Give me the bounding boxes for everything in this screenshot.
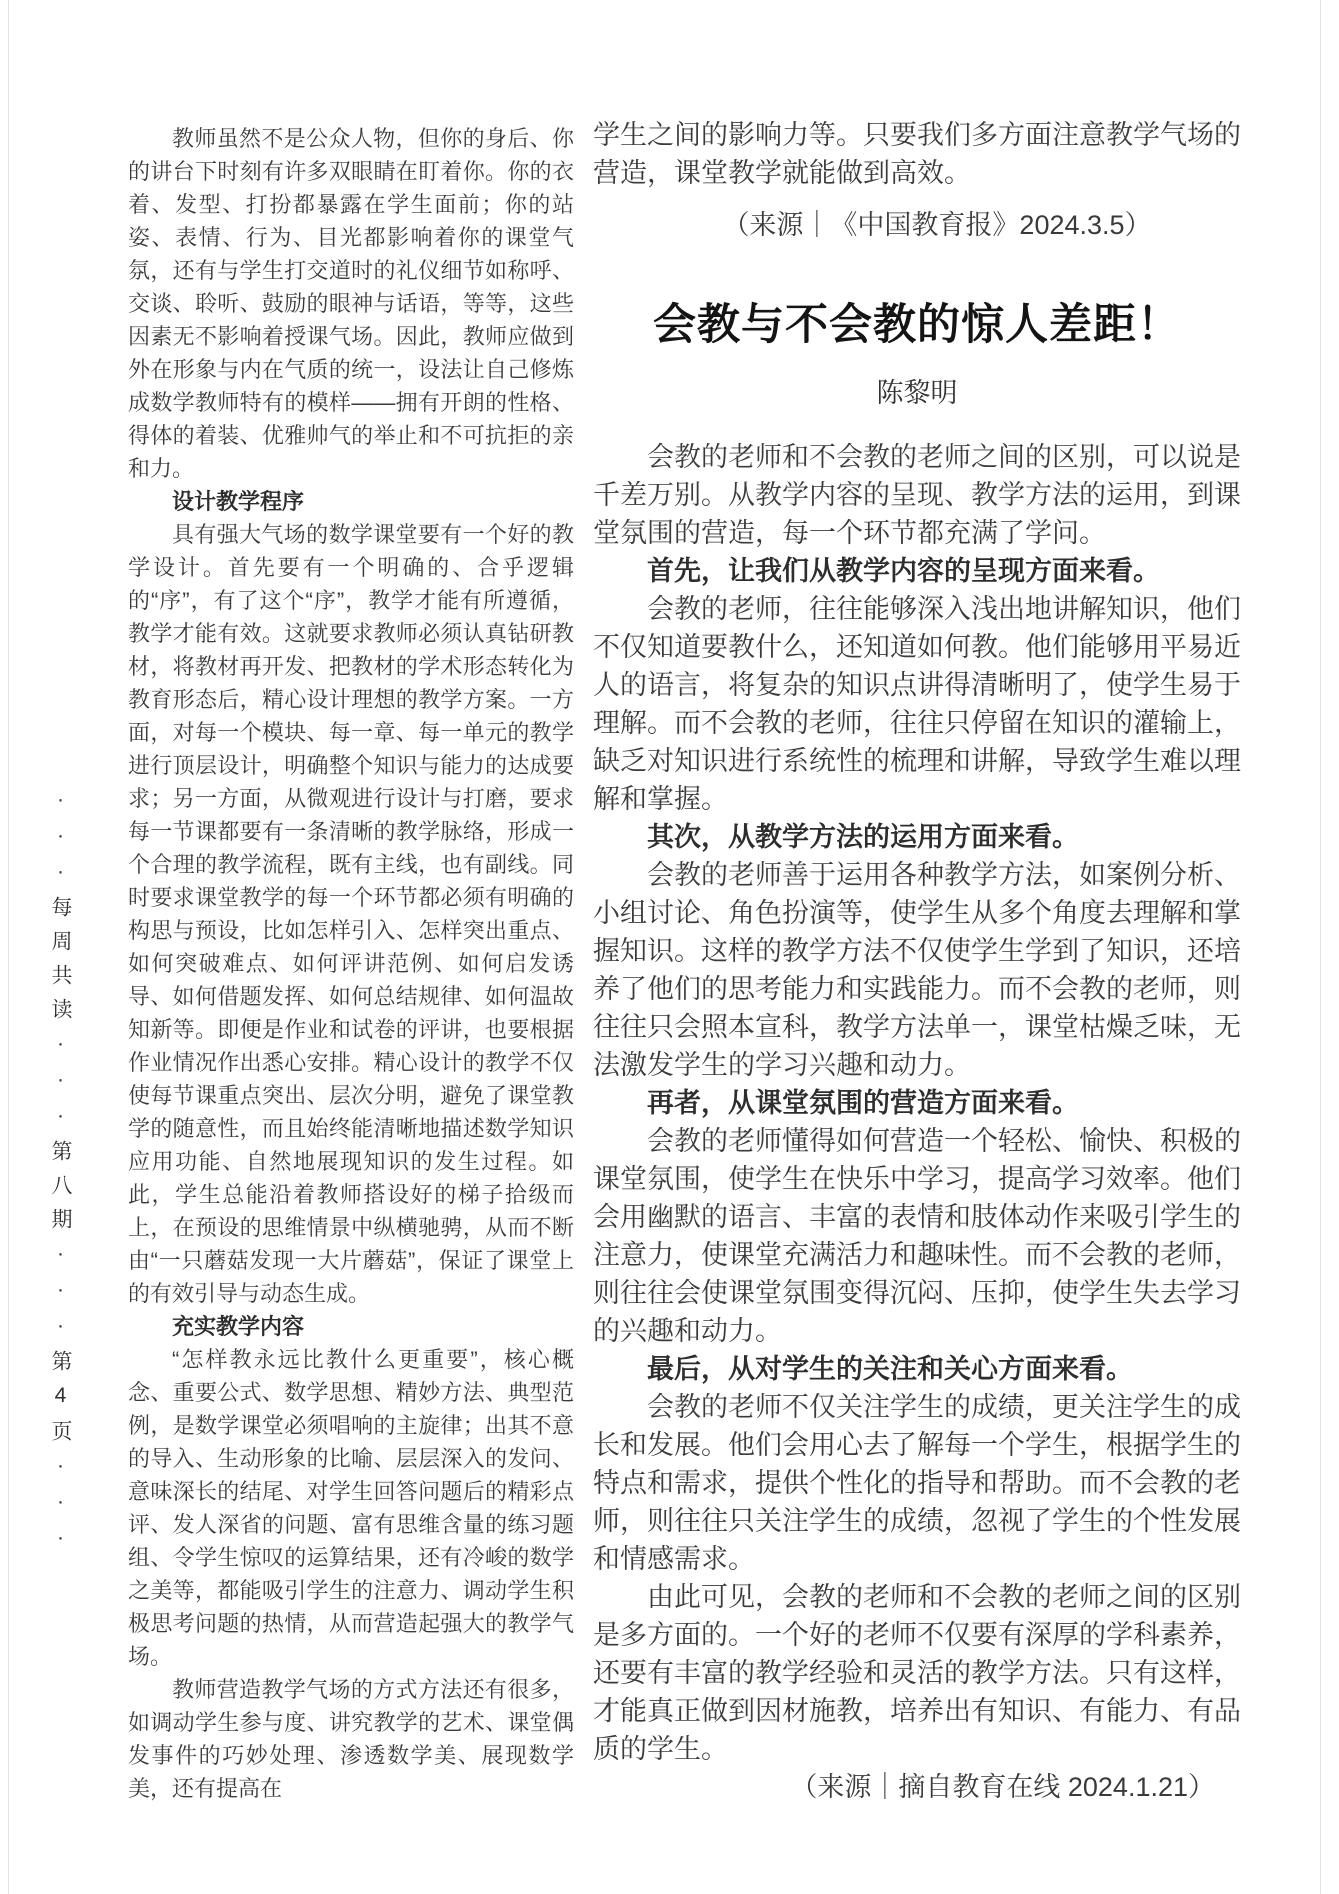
page-right-edge-line: [1320, 0, 1321, 1894]
article1-paragraph-1: 教师虽然不是公众人物，但你的身后、你的讲台下时刻有许多双眼睛在盯着你。你的衣着、…: [128, 122, 574, 485]
article2-author: 陈黎明: [593, 374, 1241, 412]
article2-point-1-heading: 首先，让我们从教学内容的呈现方面来看。: [593, 552, 1241, 590]
scanned-document-page: { "page": { "margin_caption": "···每周共读··…: [0, 0, 1339, 1894]
article2-paragraph-3: 会教的老师善于运用各种教学方法，如案例分析、小组讨论、角色扮演等，使学生从多个角…: [593, 856, 1241, 1084]
article2-point-4-heading: 最后，从对学生的关注和关心方面来看。: [593, 1350, 1241, 1388]
article1-paragraph-4-continued: 学生之间的影响力等。只要我们多方面注意教学气场的营造，课堂教学就能做到高效。: [593, 116, 1241, 192]
article1-source-line: （来源｜《中国教育报》2024.3.5）: [633, 206, 1241, 244]
article1-paragraph-3: “怎样教永远比教什么更重要”，核心概念、重要公式、数学思想、精妙方法、典型范例，…: [128, 1343, 574, 1673]
article2-point-3-heading: 再者，从课堂氛围的营造方面来看。: [593, 1084, 1241, 1122]
article2-paragraph-5: 会教的老师不仅关注学生的成绩，更关注学生的成长和发展。他们会用心去了解每一个学生…: [593, 1388, 1241, 1578]
article2-paragraph-2: 会教的老师，往往能够深入浅出地讲解知识，他们不仅知道要教什么，还知道如何教。他们…: [593, 590, 1241, 818]
article1-paragraph-2: 具有强大气场的数学课堂要有一个好的教学设计。首先要有一个明确的、合乎逻辑的“序”…: [128, 518, 574, 1310]
right-column: 学生之间的影响力等。只要我们多方面注意教学气场的营造，课堂教学就能做到高效。 （…: [593, 116, 1241, 1806]
article2-source-line: （来源｜摘自教育在线 2024.1.21）: [593, 1768, 1241, 1806]
article1-heading-design-teaching-procedure: 设计教学程序: [128, 485, 574, 518]
article2-paragraph-6: 由此可见，会教的老师和不会教的老师之间的区别是多方面的。一个好的老师不仅要有深厚…: [593, 1578, 1241, 1768]
article2-paragraph-4: 会教的老师懂得如何营造一个轻松、愉快、积极的课堂氛围，使学生在快乐中学习，提高学…: [593, 1122, 1241, 1350]
margin-vertical-caption: ···每周共读···第八期···第4页···: [42, 788, 78, 1608]
article1-heading-enrich-teaching-content: 充实教学内容: [128, 1310, 574, 1343]
article2-point-2-heading: 其次，从教学方法的运用方面来看。: [593, 818, 1241, 856]
article2-paragraph-1: 会教的老师和不会教的老师之间的区别，可以说是千差万别。从教学内容的呈现、教学方法…: [593, 438, 1241, 552]
article1-paragraph-4: 教师营造教学气场的方式方法还有很多，如调动学生参与度、讲究教学的艺术、课堂偶发事…: [128, 1673, 574, 1805]
page-left-edge-line: [8, 0, 9, 1894]
article2-title: 会教与不会教的惊人差距！: [593, 298, 1241, 352]
left-column: 教师虽然不是公众人物，但你的身后、你的讲台下时刻有许多双眼睛在盯着你。你的衣着、…: [128, 122, 574, 1805]
